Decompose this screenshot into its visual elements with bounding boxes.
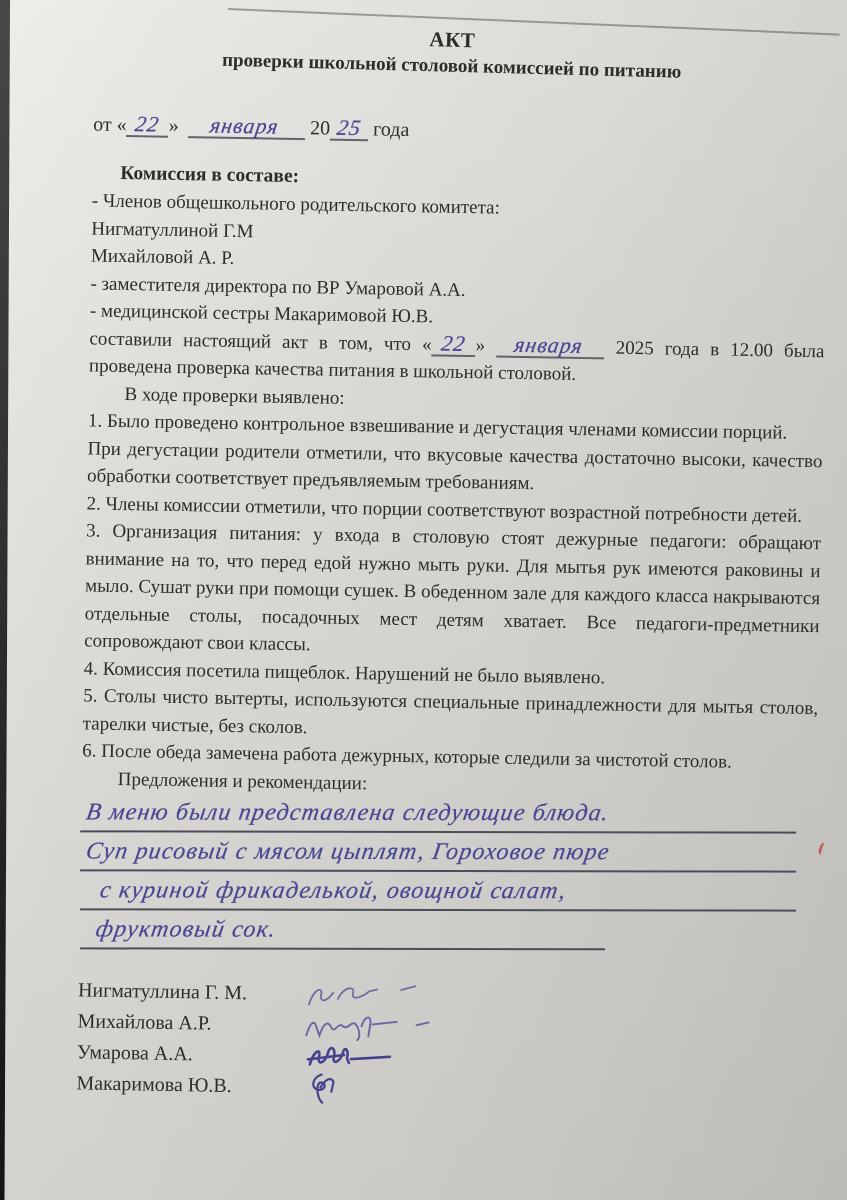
date-suffix: года — [373, 118, 410, 141]
signatures-block: Нигматуллина Г. М. Михайлова А.Р. Умаров… — [76, 975, 813, 1112]
signer-name: Умарова А.А. — [77, 1041, 292, 1068]
document-sheet: АКТ проверки школьной столовой комиссией… — [0, 0, 847, 1200]
handwritten-day-inline: 22 — [431, 333, 475, 357]
signer-name: Михайлова А.Р. — [77, 1010, 292, 1037]
signature-scribble-makarimova — [303, 1071, 424, 1107]
signer-name: Макаримова Ю.В. — [76, 1072, 291, 1099]
signature-scribble-mikhailova — [304, 1011, 484, 1044]
document-photo: { "page": { "title1": "АКТ", "title2": "… — [0, 0, 847, 1200]
handwritten-year: 25 — [330, 118, 368, 142]
date-prefix: от « — [93, 113, 127, 136]
signature-scribble-nigmatullina — [305, 980, 456, 1013]
handwritten-line: В меню были представлена следующие блюда… — [80, 796, 796, 833]
handwritten-line: фруктовый сок. — [80, 913, 605, 950]
handwritten-month: января — [188, 115, 305, 140]
handwritten-line: с куриной фрикаделькой, овощной салат, — [80, 874, 796, 911]
handwritten-line: Суп рисовый с мясом цыплят, Гороховое пю… — [80, 835, 796, 872]
handwritten-month-inline: января — [496, 334, 605, 359]
signature-scribble-umarova — [304, 1042, 464, 1075]
document-title-block: АКТ проверки школьной столовой комиссией… — [94, 17, 810, 89]
signer-name: Нигматуллина Г. М. — [78, 979, 293, 1006]
date-close-quote: » — [168, 115, 178, 137]
date-line: от «22» января 2025 года — [93, 109, 828, 152]
handwritten-recommendations: В меню были представлена следующие блюда… — [80, 796, 815, 950]
document-body: Комиссия в составе: - Членов общешкольно… — [82, 159, 828, 805]
date-year-printed: 20 — [310, 117, 330, 139]
handwritten-day: 22 — [126, 114, 168, 138]
finding-item-3: 3. Организация питания: у входа в столов… — [84, 517, 821, 667]
